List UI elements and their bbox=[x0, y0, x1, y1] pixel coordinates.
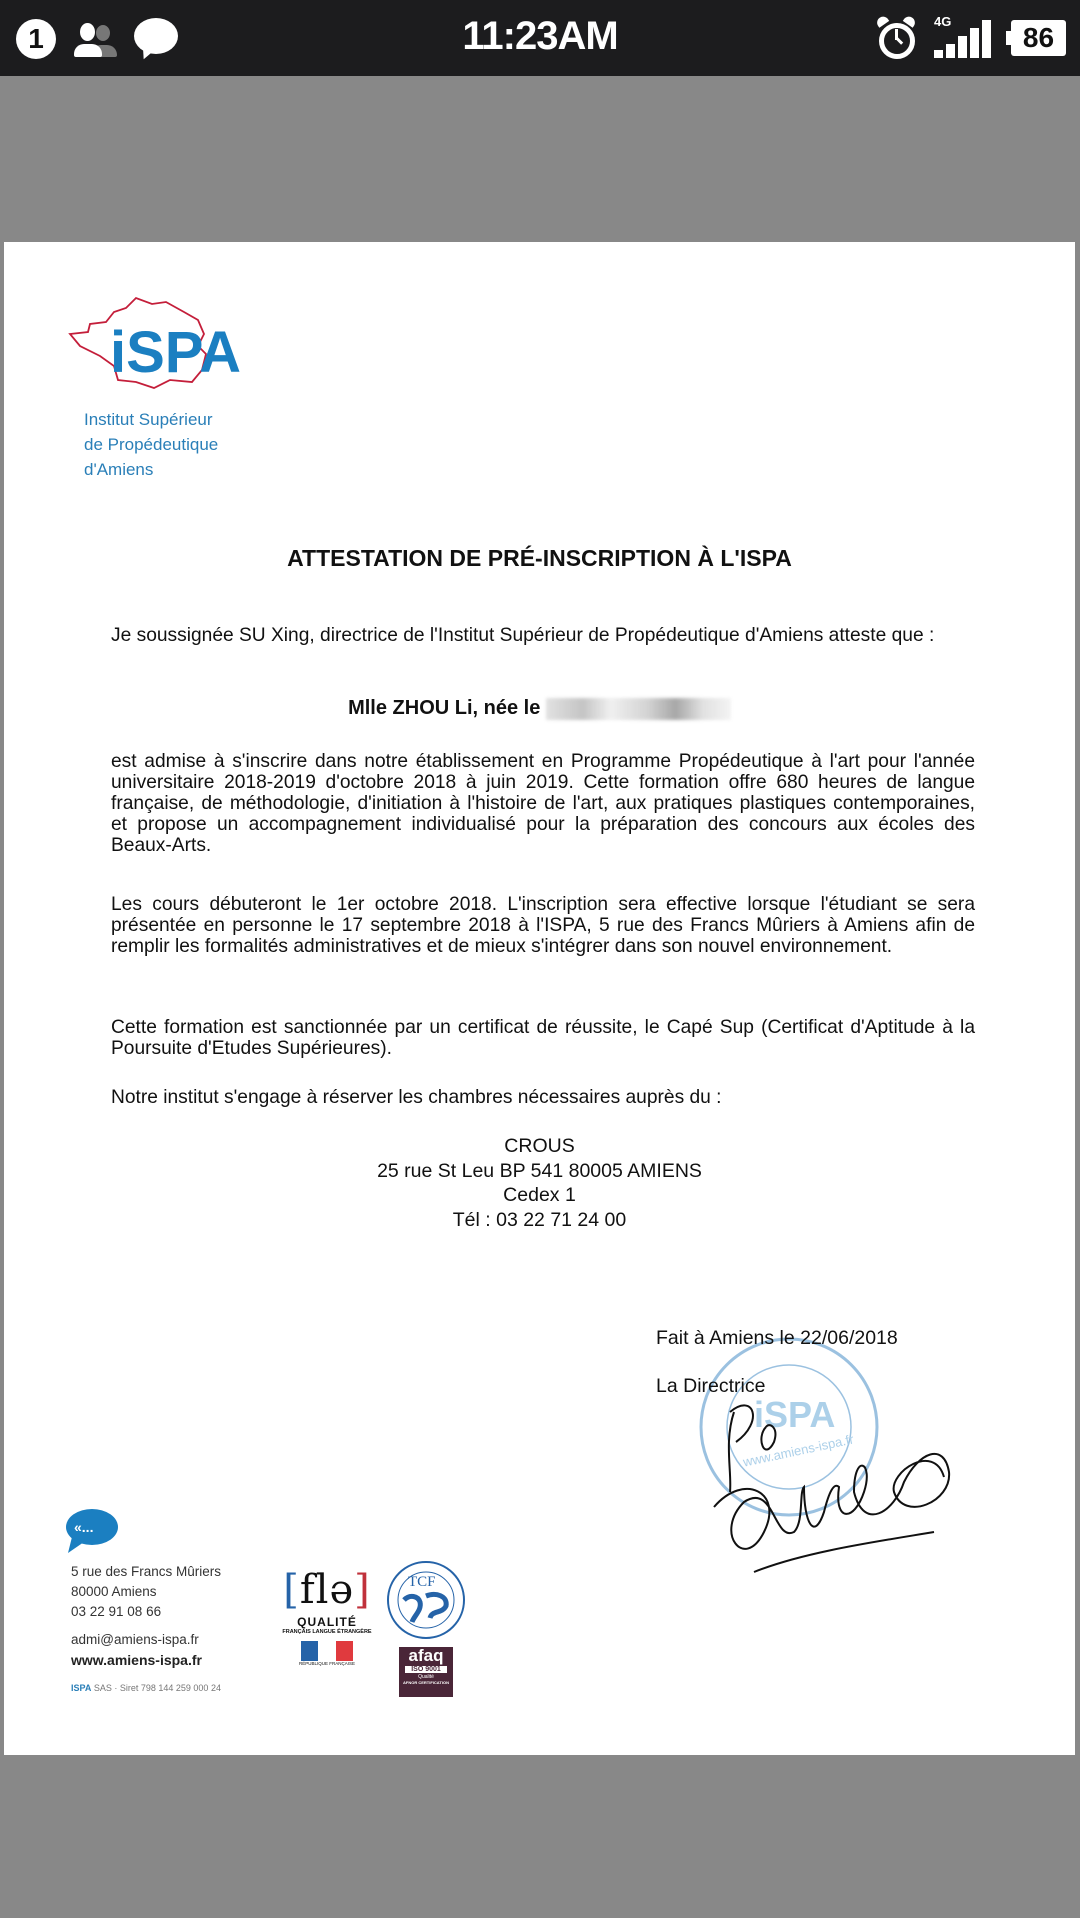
fle-quality-logo: [flə] QUALITÉ FRANÇAIS LANGUE ÉTRANGÈRE … bbox=[279, 1567, 375, 1666]
status-bar: 1 11:23AM 4G 86 bbox=[0, 0, 1080, 76]
network-type: 4G bbox=[934, 14, 951, 29]
document-title: ATTESTATION DE PRÉ-INSCRIPTION À L'ISPA bbox=[4, 545, 1075, 572]
alarm-icon bbox=[876, 16, 916, 60]
battery-level: 86 bbox=[1011, 20, 1066, 56]
document-page: iSPA Institut Supérieur de Propédeutique… bbox=[4, 242, 1075, 1755]
place-date: Fait à Amiens le 22/06/2018 bbox=[656, 1327, 898, 1350]
crous-address: CROUS 25 rue St Leu BP 541 80005 AMIENS … bbox=[4, 1134, 1075, 1232]
svg-text:«...: «... bbox=[74, 1519, 93, 1535]
logo-text: iSPA bbox=[110, 320, 241, 385]
ispa-logo: iSPA bbox=[66, 294, 256, 389]
paragraph-certificate: Cette formation est sanctionnée par un c… bbox=[111, 1017, 975, 1059]
battery-icon: 86 bbox=[1006, 20, 1066, 56]
footer-email: admi@amiens-ispa.fr bbox=[71, 1630, 221, 1650]
student-line: Mlle ZHOU Li, née le bbox=[4, 697, 1075, 720]
logo-subtitle: Institut Supérieur de Propédeutique d'Am… bbox=[84, 407, 218, 482]
paragraph-courses: Les cours débuteront le 1er octobre 2018… bbox=[111, 894, 975, 957]
svg-text:TCF: TCF bbox=[408, 1574, 436, 1590]
tcf-logo: TCF bbox=[386, 1560, 466, 1640]
republique-francaise-logo bbox=[301, 1641, 353, 1661]
footer-contact: 5 rue des Francs Mûriers 80000 Amiens 03… bbox=[71, 1562, 221, 1698]
speech-bubble-icon: «... bbox=[62, 1507, 118, 1557]
intro-paragraph: Je soussignée SU Xing, directrice de l'I… bbox=[111, 625, 975, 646]
paragraph-housing: Notre institut s'engage à réserver les c… bbox=[111, 1087, 975, 1108]
paragraph-admission: est admise à s'inscrire dans notre établ… bbox=[111, 751, 975, 856]
signal-4g-icon: 4G bbox=[932, 16, 990, 60]
afaq-iso-logo: afaq ISO 9001 Qualité AFNOR CERTIFICATIO… bbox=[399, 1647, 453, 1697]
redacted-birthdate bbox=[546, 698, 731, 720]
student-name: Mlle ZHOU Li, née le bbox=[348, 697, 540, 719]
footer-website: www.amiens-ispa.fr bbox=[71, 1650, 221, 1670]
signature bbox=[704, 1382, 964, 1582]
